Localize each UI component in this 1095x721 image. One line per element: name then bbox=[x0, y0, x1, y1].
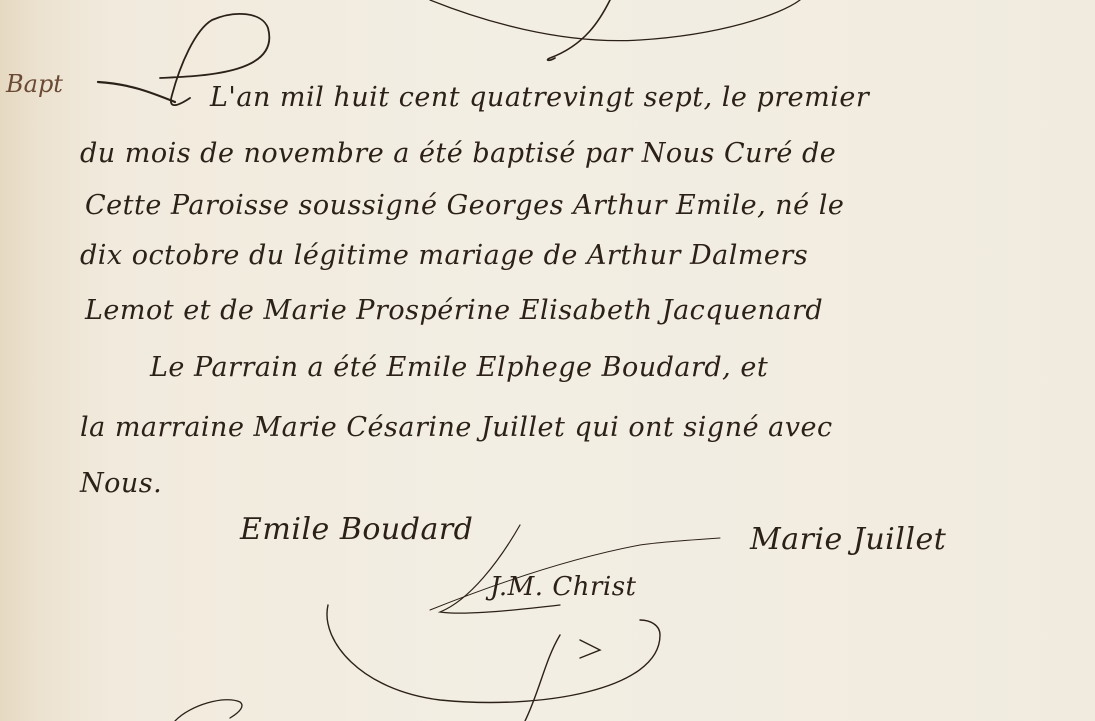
signature-godmother: Marie Juillet bbox=[750, 522, 946, 557]
record-line-1: L'an mil huit cent quatrevingt sept, le … bbox=[210, 82, 869, 113]
record-line-7: la marraine Marie Césarine Juillet qui o… bbox=[80, 412, 833, 443]
record-line-2: du mois de novembre a été baptisé par No… bbox=[80, 138, 836, 169]
record-line-3: Cette Paroisse soussigné Georges Arthur … bbox=[85, 190, 844, 221]
record-line-4: dix octobre du légitime mariage de Arthu… bbox=[80, 240, 808, 271]
record-line-5: Lemot et de Marie Prospérine Elisabeth J… bbox=[85, 295, 823, 326]
margin-annotation: Bapt bbox=[6, 70, 63, 98]
record-line-6: Le Parrain a été Emile Elphege Boudard, … bbox=[150, 352, 768, 383]
record-line-8: Nous. bbox=[80, 468, 162, 499]
signature-priest: J.M. Christ bbox=[490, 572, 637, 602]
signature-godfather: Emile Boudard bbox=[240, 512, 473, 547]
register-page: Bapt L'an mil huit cent quatrevingt sept… bbox=[0, 0, 1095, 721]
